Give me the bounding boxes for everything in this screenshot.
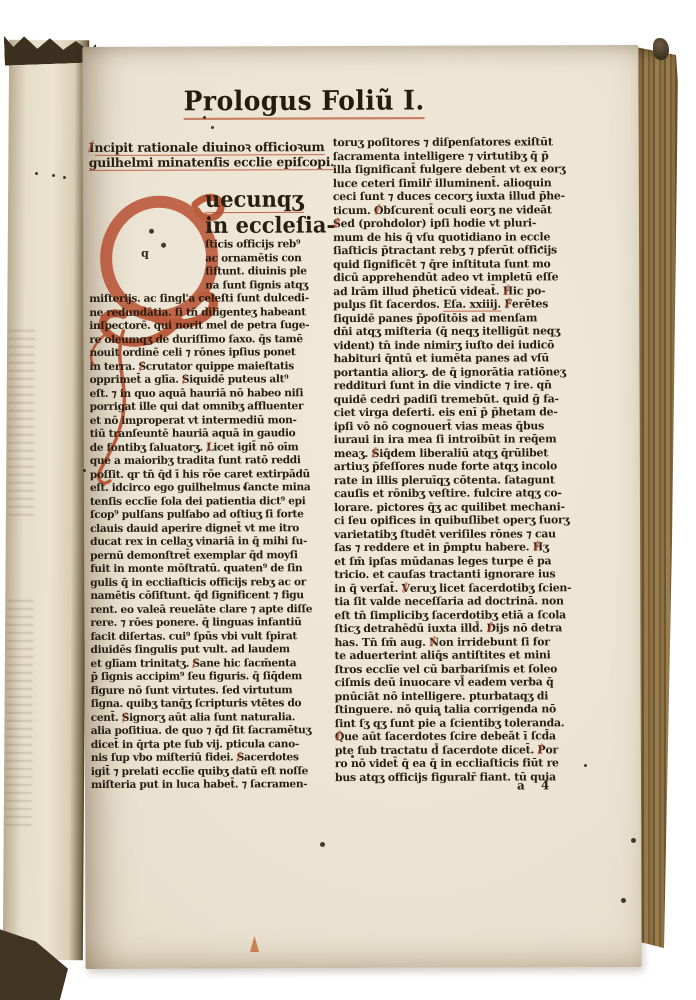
rubricated-capital: H (503, 284, 513, 297)
text-line: Incipit rationale diuinoꝛ officioꝛum (89, 138, 334, 155)
text-line: pte ſub tractatu d̄ ſacerdote dicet̄. Po… (335, 743, 572, 757)
wormhole (621, 898, 626, 903)
text-line: reddituri ſunt in die vindicte ⁊ ire. qn… (334, 378, 571, 392)
text-line: ſtros ecclīe vel cū barbariſmis et ſoleo (335, 662, 572, 676)
text-line: et ſm̄ ipſas mūdanas leges turpe ē pa (334, 554, 571, 568)
book-page: Prologus Foliũ I. Incipit rationale diui… (82, 45, 641, 969)
text-line: ceci ſunt ⁊ duces cecorʒ iuxta illud p̄h… (333, 189, 570, 203)
text-line: vident) tn̄ inde nimirʒ iuſto dei iudicō (333, 338, 570, 352)
wormhole (352, 308, 355, 311)
text-line: ſcop⁹ pulſans pulſabo ad oſtiuʒ ſi forte (90, 508, 336, 522)
text-line: in eccleſia- (89, 211, 335, 239)
text-line: ro nō videt̄ q̄ ea q̄ in eccliaſticis fi… (335, 756, 572, 770)
wormhole (631, 838, 636, 843)
text-line: dicū apprehendūt adeo vt impletū eſſe (333, 270, 570, 284)
text-line: ſiſtunt. diuinis ple (89, 265, 335, 279)
text-line: porrigat ille qui dat omnibʒ affluenter (90, 400, 336, 414)
text-line: et nō improperat vt intermediū mon- (90, 414, 336, 428)
wormhole (83, 469, 86, 472)
text-line: ſiquidē panes p̄poſitōis ad menſam (333, 311, 570, 325)
text-line: ſiaſticis p̄tractant rebʒ ⁊ pferūt offic… (333, 243, 570, 257)
text-line: opprimet̄ a glīa. Siquidē puteus alt⁹ (90, 373, 336, 387)
rubricated-capital: S (138, 360, 145, 372)
text-line: meaʒ. Siq̄dem liberaliū atqʒ q̄rūlibet (334, 446, 571, 460)
text-line: in q̄ verſat̄. Veruʒ licet ſacerdotibʒ ſ… (334, 581, 571, 595)
wormhole (351, 755, 354, 758)
text-line: ac ornamētis con (89, 252, 335, 266)
text-line: ſtinguere. nō quia talia corrigenda nō (335, 702, 572, 716)
text-line: pulus ſit ſacerdos. Eſa. xxiiij. Ferētes (333, 297, 570, 311)
rubricated-capital: S (122, 711, 129, 723)
running-title: Prologus Foliũ I. (184, 85, 425, 117)
text-line: ipſi vō nō cognouert̄ vias meas q̄bus (334, 419, 571, 433)
text-line: Sed (prohdolor) ipſi hodie vt pluri- (333, 216, 570, 230)
text-line: lorare. pictores q̄ʒ ac quilibet mechani… (334, 500, 571, 514)
text-line: p̄ ſignis accipim⁹ ſeu figuris. q̄ ſiq̄d… (91, 670, 337, 684)
text-line: ſticis officijs reb⁹ (89, 238, 335, 252)
text-line: pnūciāt nō intelligere. pturbataqʒ di (335, 689, 572, 703)
rubricated-capital: O (374, 203, 383, 216)
text-line: portantia aliorʒ. de q̄ ignorātia ratiōn… (334, 365, 571, 379)
text-line: rent. eo valeā reuelāte clare ⁊ apte diſ… (90, 603, 336, 617)
text-line: has. Tn̄ ſm̄ aug. Non irridebunt ſi for (334, 635, 571, 649)
text-line: rere. ⁊ rōes ponere. q̄ linguas infantiū (90, 616, 336, 630)
text-line: poſſit. qr tn̄ q̄d ī his rōe caret extir… (90, 468, 336, 482)
text-line: ducat rex in cellaʒ vinariā in q̄ mihi ſ… (90, 535, 336, 549)
text-line: diuidēs ſingulis put vult. ad laudem (90, 643, 336, 657)
text-line: clauis dauid aperire dignet̄ vt me itro (90, 522, 336, 536)
text-line: dicet̄ in q̄rta pte ſub vij. pticula can… (91, 738, 337, 752)
rubricated-capital: P (537, 743, 545, 756)
signature-mark: a 4 (517, 778, 555, 792)
text-line: pernū demonſtret̄ exemplar q̄d moyſi (90, 549, 336, 563)
text-line: mum de his q̄ vſu quotidiano in eccle (333, 230, 570, 244)
text-line: ſacramenta intelligere ⁊ virtutibʒ q̄ p̄ (333, 149, 570, 163)
rubricated-capital: S (182, 374, 189, 386)
text-line: inſpectorē. qui norit mel de petra ſuge- (89, 319, 335, 333)
text-line: quidē cedri padiſi tremebūt. quid ḡ fa- (334, 392, 571, 406)
text-line: miſterijs. ac ſingl'a celeſti ſunt dulce… (89, 292, 335, 306)
text-line: illa ſignificant̄ fulgere debent vt ex e… (333, 162, 570, 176)
text-line: tiū tranſeuntē hauriā aquā in gaudio (90, 427, 336, 441)
text-line: cent̄. Signorʒ aūt alia ſunt naturalia. (91, 711, 337, 725)
clasp-remnant (653, 38, 669, 60)
wormhole (243, 486, 246, 489)
text-line: tia ſit valde neceſſaria ad doctrinā. no… (334, 594, 571, 608)
text-line: Que aūt ſacerdotes ſcire debeāt ī ſcd̄a (335, 729, 572, 743)
wormhole (584, 764, 587, 767)
text-line: ſticʒ detrahēdū iuxta illd̄. Dijs nō det… (334, 621, 571, 635)
left-text-column: uecunqʒin eccleſia-ſticis officijs reb⁹a… (89, 186, 337, 792)
text-line: na ſunt ſignis atqʒ (89, 279, 335, 293)
facing-page-edge (3, 40, 89, 961)
text-line: figure nō ſunt virtutes. ſed virtutum (91, 684, 337, 698)
text-line: namētis cōſiſtunt. q̄d ſignificent ⁊ fig… (90, 589, 336, 603)
incipit: Incipit rationale diuinoꝛ officioꝛumguil… (89, 138, 335, 171)
rubricated-capital: S (192, 657, 199, 669)
text-line: ci ſeu opifices in quibuſlibet operʒ ſuo… (334, 513, 571, 527)
wormhole (540, 246, 543, 249)
rubricated-capital: I (89, 140, 95, 155)
wormhole (438, 713, 441, 716)
text-line: alia poſitiua. de quo ⁊ q̄d ſit ſacramēt… (91, 724, 337, 738)
text-line: ticum. Obſcurent̄ oculi eorʒ ne videāt (333, 203, 570, 217)
text-line: luce ceteri ſimilr̄ illuminent̄. alioqui… (333, 176, 570, 190)
text-line: dn̄i atqʒ miſteria (q̄ neqʒ itelligūt ne… (333, 324, 570, 338)
text-line: toruʒ poſitores ⁊ diſpenſatores exiſtūt (333, 135, 570, 149)
book-photograph: Prologus Foliũ I. Incipit rationale diui… (0, 0, 696, 1000)
right-text-column: toruʒ poſitores ⁊ diſpenſatores exiſtūtſ… (333, 135, 572, 784)
text-line: ne redundātia. ſi tn̄ diligenteʒ habeant (89, 306, 335, 320)
text-line: et glīam trinitatʒ. Sane hic ſacm̄enta (91, 657, 337, 671)
text-line: de fontibʒ ſaluatorʒ. Licet igit̄ nō oīm (90, 441, 336, 455)
text-line: ciet virga deſerti. eis enī p̄ p̄hetam d… (334, 405, 571, 419)
text-line: ad lrām illud p̄heticū videat̄. Hic po- (333, 284, 570, 298)
text-line: in terra. Scrutator quippe maieſtatis (89, 360, 335, 374)
red-underlined-text: guilhelmi minatenſis ecclie epiſcopi. (89, 154, 334, 171)
text-line: que a maioribʒ tradita ſunt ratō reddi (90, 454, 336, 468)
text-line: te aduerterint aliq̄s antiſtites et mini (334, 648, 571, 662)
rubricated-capital: Q (335, 730, 344, 743)
rubricated-capital: H (533, 540, 543, 553)
text-line: quid ſignificēt ⁊ q̄re inſtituta ſunt mo (333, 257, 570, 271)
rubricated-capital: F (504, 297, 512, 310)
text-line: eſt. idcirco ego guilhelmus ſancte mina (90, 481, 336, 495)
rubricated-capital: S (333, 217, 341, 230)
wormhole (211, 126, 214, 129)
text-line: guilhelmi minatenſis ecclie epiſcopi. (89, 154, 334, 171)
rubricated-capital: S (237, 751, 244, 763)
text-line: iuraui in ira mea ſi introibūt in req̄em (334, 432, 571, 446)
red-underlined-text: Eſa. xxiiij. (443, 298, 501, 312)
text-line: tricio. et cauſas tractanti ignorare ius (334, 567, 571, 581)
wormhole (320, 842, 325, 847)
wormhole (63, 176, 66, 179)
text-line: eſt. ⁊ in quo aquā hauriā nō habeo niſi (90, 387, 336, 401)
text-line: ciſmis deū inuocare vl̄ eadem verba q̄ (335, 675, 572, 689)
text-line: habituri q̄ntū et iumēta panes ad vſū (333, 351, 570, 365)
text-line: igit̄ ⁊ prelati ecclīe quibʒ datū eſt no… (91, 765, 337, 779)
text-line: eſt tn̄ ſimplicibʒ ſacerdotibʒ etiā a ſc… (334, 608, 571, 622)
text-line: cauſis et rōnibʒ veſtire. fulcire atqʒ c… (334, 486, 571, 500)
rubricated-capital: L (206, 441, 213, 453)
showthrough-text (8, 330, 35, 520)
text-line: rate in illis pleruīqʒ cōtenta. ſatagunt (334, 473, 571, 487)
red-underlined-text: uecunqʒ (205, 186, 304, 214)
rubricated-capital: V (402, 581, 410, 594)
showthrough-text (6, 600, 34, 830)
text-line: ſas ⁊ reddere et in p̄mptu habere. Hʒ (334, 540, 571, 554)
text-line: ſigna. quibʒ tanq̄ʒ ſcripturis vtētes do (91, 697, 337, 711)
wormhole (203, 116, 206, 119)
running-title-text: Prologus Foliũ I. (184, 85, 425, 120)
text-line: varietatibʒ ſtudēt veriſiles rōnes ⁊ cau (334, 527, 571, 541)
text-line: nis ſup vbo miſteriū fidei. Sacerdotes (91, 751, 337, 765)
text-line: ſint ſʒ qʒ ſunt pie a ſcientibʒ tolerand… (335, 716, 572, 730)
text-line: facit diſertas. cui⁹ ſpūs vbi vult ſpira… (90, 630, 336, 644)
text-line: re oleumqʒ de duriſſimo ſaxo. q̄s tamē (89, 333, 335, 347)
text-line: artiuʒ p̄feſſores nude forte atqʒ incolo (334, 459, 571, 473)
text-line: tenſis ecclīe ſola dei patientia dict⁹ e… (90, 495, 336, 509)
text-line: nouit ordinē celi ⁊ rōnes ipſius ponet (89, 346, 335, 360)
text-line: fuit in monte mōſtratū. quaten⁹ de ſin (90, 562, 336, 576)
wormhole (52, 174, 55, 177)
text-line: miſteria put in luca habet̄. ⁊ ſacramen- (91, 778, 337, 792)
rubricated-capital: S (372, 446, 380, 459)
wormhole (35, 172, 38, 175)
rubricated-capital: D (486, 622, 495, 635)
text-line: uecunqʒ (89, 185, 335, 213)
text-line: gulis q̄ in eccliaſticis officijs rebʒ a… (90, 576, 336, 590)
rubricated-capital: N (429, 635, 439, 648)
